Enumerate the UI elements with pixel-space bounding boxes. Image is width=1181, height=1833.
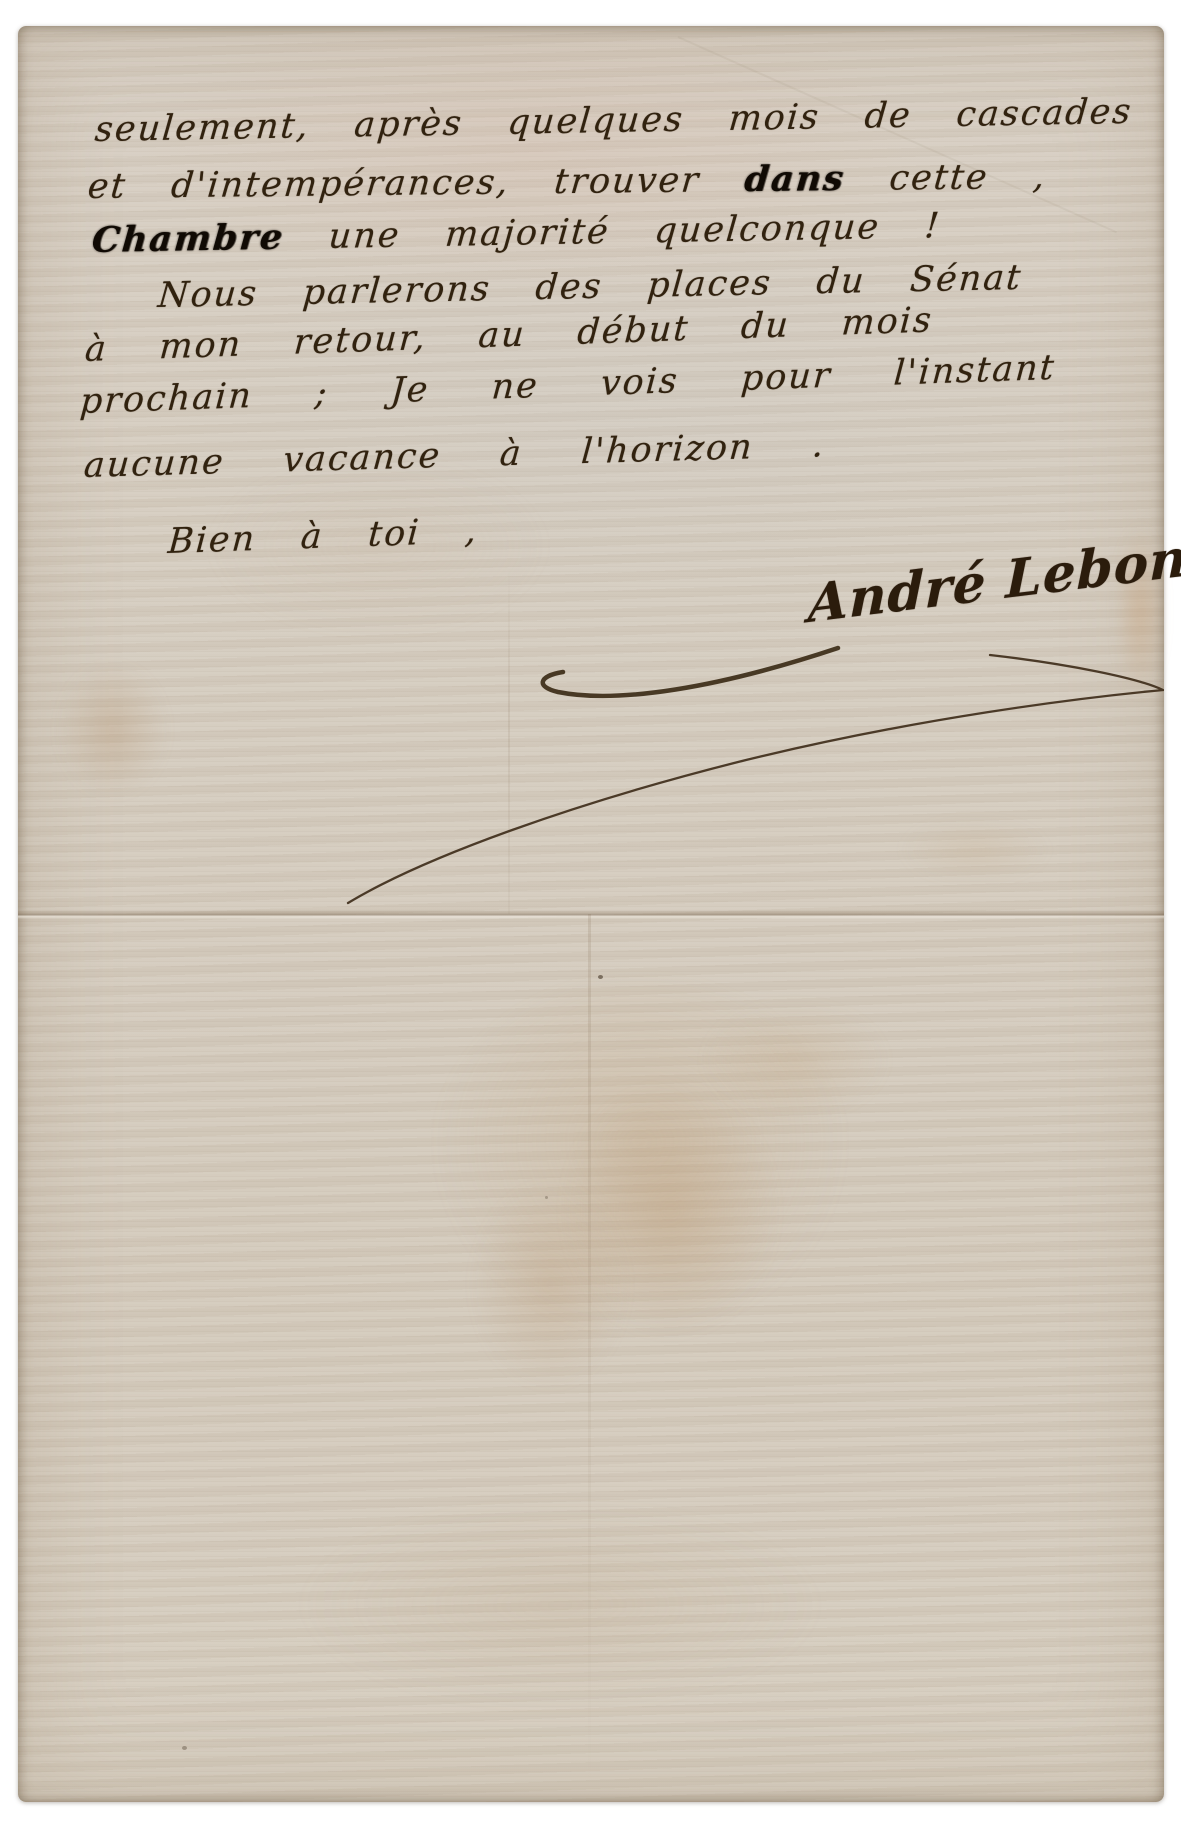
letter-text-segment: et d'intempérances, trouver [86, 160, 746, 207]
signature-underline [543, 648, 838, 696]
stain [55, 660, 170, 800]
stain [900, 818, 1050, 882]
paper-sheet: seulement, après quelques mois de cascad… [18, 26, 1164, 1802]
ink-speck [598, 975, 603, 979]
letter-line: et d'intempérances, trouver dans cette , [86, 156, 1048, 207]
ink-speck [545, 1196, 548, 1199]
stain [700, 1000, 890, 1120]
vertical-fold-crease [508, 566, 510, 914]
scanned-letter: seulement, après quelques mois de cascad… [0, 0, 1181, 1833]
signature-paraph [348, 655, 1163, 903]
stain [300, 1500, 820, 1710]
vertical-fold-crease [588, 914, 591, 1794]
emphasized-word: Chambre [90, 217, 286, 261]
letter-line: Chambre une majorité quelconque ! [90, 205, 942, 261]
horizontal-fold-crease [18, 910, 1164, 919]
letter-text-segment: seulement, après quelques mois de cascad… [93, 92, 1134, 150]
ink-speck [182, 1746, 187, 1750]
letter-text-segment: une majorité quelconque ! [282, 206, 942, 258]
stain [470, 1180, 630, 1390]
letter-text-segment: cette , [843, 157, 1048, 199]
letter-line: seulement, après quelques mois de cascad… [93, 92, 1134, 150]
emphasized-word: dans [743, 158, 847, 200]
